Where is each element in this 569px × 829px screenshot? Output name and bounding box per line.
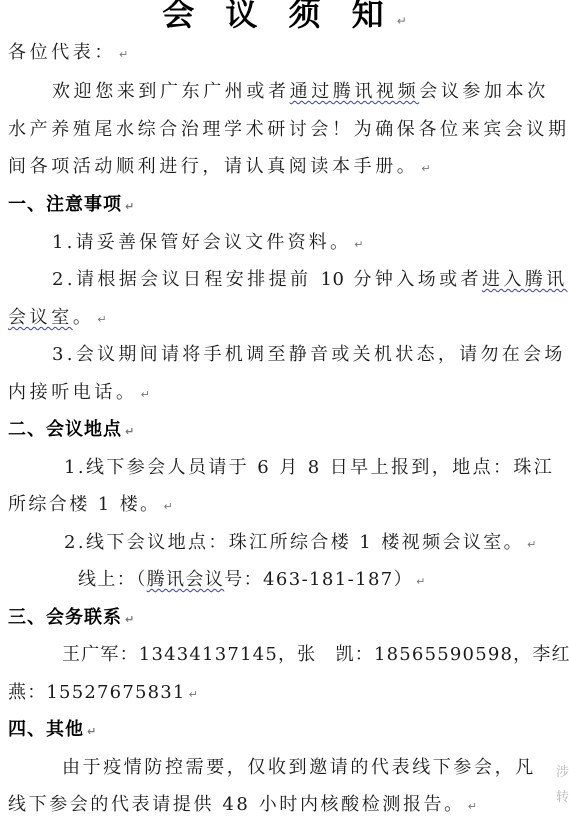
paragraph-mark-icon: ↵ xyxy=(97,313,106,326)
item-text: 由于疫情防控需要，仅收到邀请的代表线下参会，凡 xyxy=(62,757,536,778)
paragraph-mark-icon: ↵ xyxy=(125,425,134,438)
contacts-line-2: 燕：15527675831↵ xyxy=(8,681,198,705)
item-text: 3.会议期间请将手机调至静音或关机状态，请勿在会场 xyxy=(52,344,566,365)
spellcheck-phrase[interactable]: 通过腾讯视频 xyxy=(290,81,420,102)
contacts-line-1: 王广军：13434137145，张 凯：18565590598，李红 xyxy=(62,643,569,667)
item-text: 2.请根据会议日程安排提前 xyxy=(52,269,311,290)
paragraph-mark-icon: ↵ xyxy=(119,48,128,61)
paragraph-mark-icon: ↵ xyxy=(468,800,477,813)
notes-item-2-line-1: 2.请根据会议日程安排提前 10 分钟入场或者进入腾讯 xyxy=(52,268,568,292)
contact-text: 燕：15527675831 xyxy=(8,682,186,703)
item-text: 2.线下会议地点：珠江所综合楼 1 楼视频会议室。 xyxy=(64,532,524,553)
intro-text: 会议参加本次 xyxy=(419,81,549,102)
item-text: 所综合楼 1 楼。 xyxy=(8,494,161,515)
other-line-2: 线下参会的代表请提供 48 小时内核酸检测报告。↵ xyxy=(8,793,477,817)
document-title: 会 议 须 知↵ xyxy=(0,0,569,41)
venue-online: 线上：（腾讯会议号：463-181-187）↵ xyxy=(78,568,425,592)
meeting-id-text: 号：463-181-187） xyxy=(224,569,413,590)
paragraph-mark-icon: ↵ xyxy=(125,613,134,626)
paragraph-mark-icon: ↵ xyxy=(141,388,150,401)
spellcheck-phrase[interactable]: 进入腾讯 xyxy=(482,269,568,290)
heading-text: 四、其他 xyxy=(8,719,84,740)
item-text: 。 xyxy=(73,307,95,328)
item-text: 1.线下参会人员请于 6 月 8 日早上报到，地点：珠江 xyxy=(64,457,554,478)
heading-text: 一、注意事项 xyxy=(8,194,122,215)
intro-text: 水产养殖尾水综合治理学术研讨会！为确保各位来宾会议期 xyxy=(8,119,569,140)
notes-item-3-line-1: 3.会议期间请将手机调至静音或关机状态，请勿在会场 xyxy=(52,343,566,367)
paragraph-mark-icon: ↵ xyxy=(527,538,536,551)
paragraph-mark-icon: ↵ xyxy=(421,162,430,175)
notes-item-3-line-2: 内接听电话。↵ xyxy=(8,381,150,405)
paragraph-mark-icon: ↵ xyxy=(125,200,134,213)
paragraph-mark-icon: ↵ xyxy=(189,688,198,701)
heading-text: 三、会务联系 xyxy=(8,607,122,628)
notes-item-2-line-2: 会议室。↵ xyxy=(8,306,107,330)
intro-text: 欢迎您来到广东广州或者 xyxy=(52,81,290,102)
paragraph-mark-icon: ↵ xyxy=(354,238,363,251)
venue-item-1-line-2: 所综合楼 1 楼。↵ xyxy=(8,493,173,517)
intro-line-1: 欢迎您来到广东广州或者通过腾讯视频会议参加本次 xyxy=(52,80,549,104)
intro-line-2: 水产养殖尾水综合治理学术研讨会！为确保各位来宾会议期 xyxy=(8,118,569,142)
item-text: 线上：（ xyxy=(78,569,147,590)
item-text: 线下参会的代表请提供 48 小时内核酸检测报告。 xyxy=(8,794,465,815)
greeting: 各位代表：↵ xyxy=(8,41,128,65)
paragraph-mark-icon: ↵ xyxy=(164,500,173,513)
item-text: 1.请妥善保管好会议文件资料。 xyxy=(52,232,351,253)
other-line-1: 由于疫情防控需要，仅收到邀请的代表线下参会，凡 xyxy=(62,756,536,780)
contact-text: 王广军：13434137145，张 凯：18565590598，李红 xyxy=(62,644,569,665)
intro-line-3: 间各项活动顺利进行，请认真阅读本手册。↵ xyxy=(8,155,431,179)
item-number: 10 xyxy=(321,269,345,290)
venue-item-2: 2.线下会议地点：珠江所综合楼 1 楼视频会议室。↵ xyxy=(64,531,536,555)
margin-note-2: 转 xyxy=(556,786,569,805)
paragraph-mark-icon: ↵ xyxy=(397,14,407,28)
section-heading-other: 四、其他↵ xyxy=(8,718,96,742)
heading-text: 二、会议地点 xyxy=(8,419,122,440)
spellcheck-phrase[interactable]: 腾讯会议 xyxy=(147,569,225,590)
section-heading-venue: 二、会议地点↵ xyxy=(8,418,134,442)
paragraph-mark-icon: ↵ xyxy=(87,725,96,738)
margin-note-1: 涉 xyxy=(556,761,569,780)
section-heading-notes: 一、注意事项↵ xyxy=(8,193,134,217)
item-text: 分钟入场或者 xyxy=(354,269,482,290)
spellcheck-phrase[interactable]: 会议室 xyxy=(8,307,73,328)
document-page: 会 议 须 知↵ 各位代表：↵ 欢迎您来到广东广州或者通过腾讯视频会议参加本次 … xyxy=(0,0,569,829)
greeting-text: 各位代表： xyxy=(8,42,116,63)
intro-text: 间各项活动顺利进行，请认真阅读本手册。 xyxy=(8,156,418,177)
paragraph-mark-icon: ↵ xyxy=(416,575,425,588)
title-text: 会 议 须 知 xyxy=(162,0,393,33)
venue-item-1-line-1: 1.线下参会人员请于 6 月 8 日早上报到，地点：珠江 xyxy=(64,456,554,480)
section-heading-contacts: 三、会务联系↵ xyxy=(8,606,134,630)
notes-item-1: 1.请妥善保管好会议文件资料。↵ xyxy=(52,231,363,255)
item-text: 内接听电话。 xyxy=(8,382,138,403)
